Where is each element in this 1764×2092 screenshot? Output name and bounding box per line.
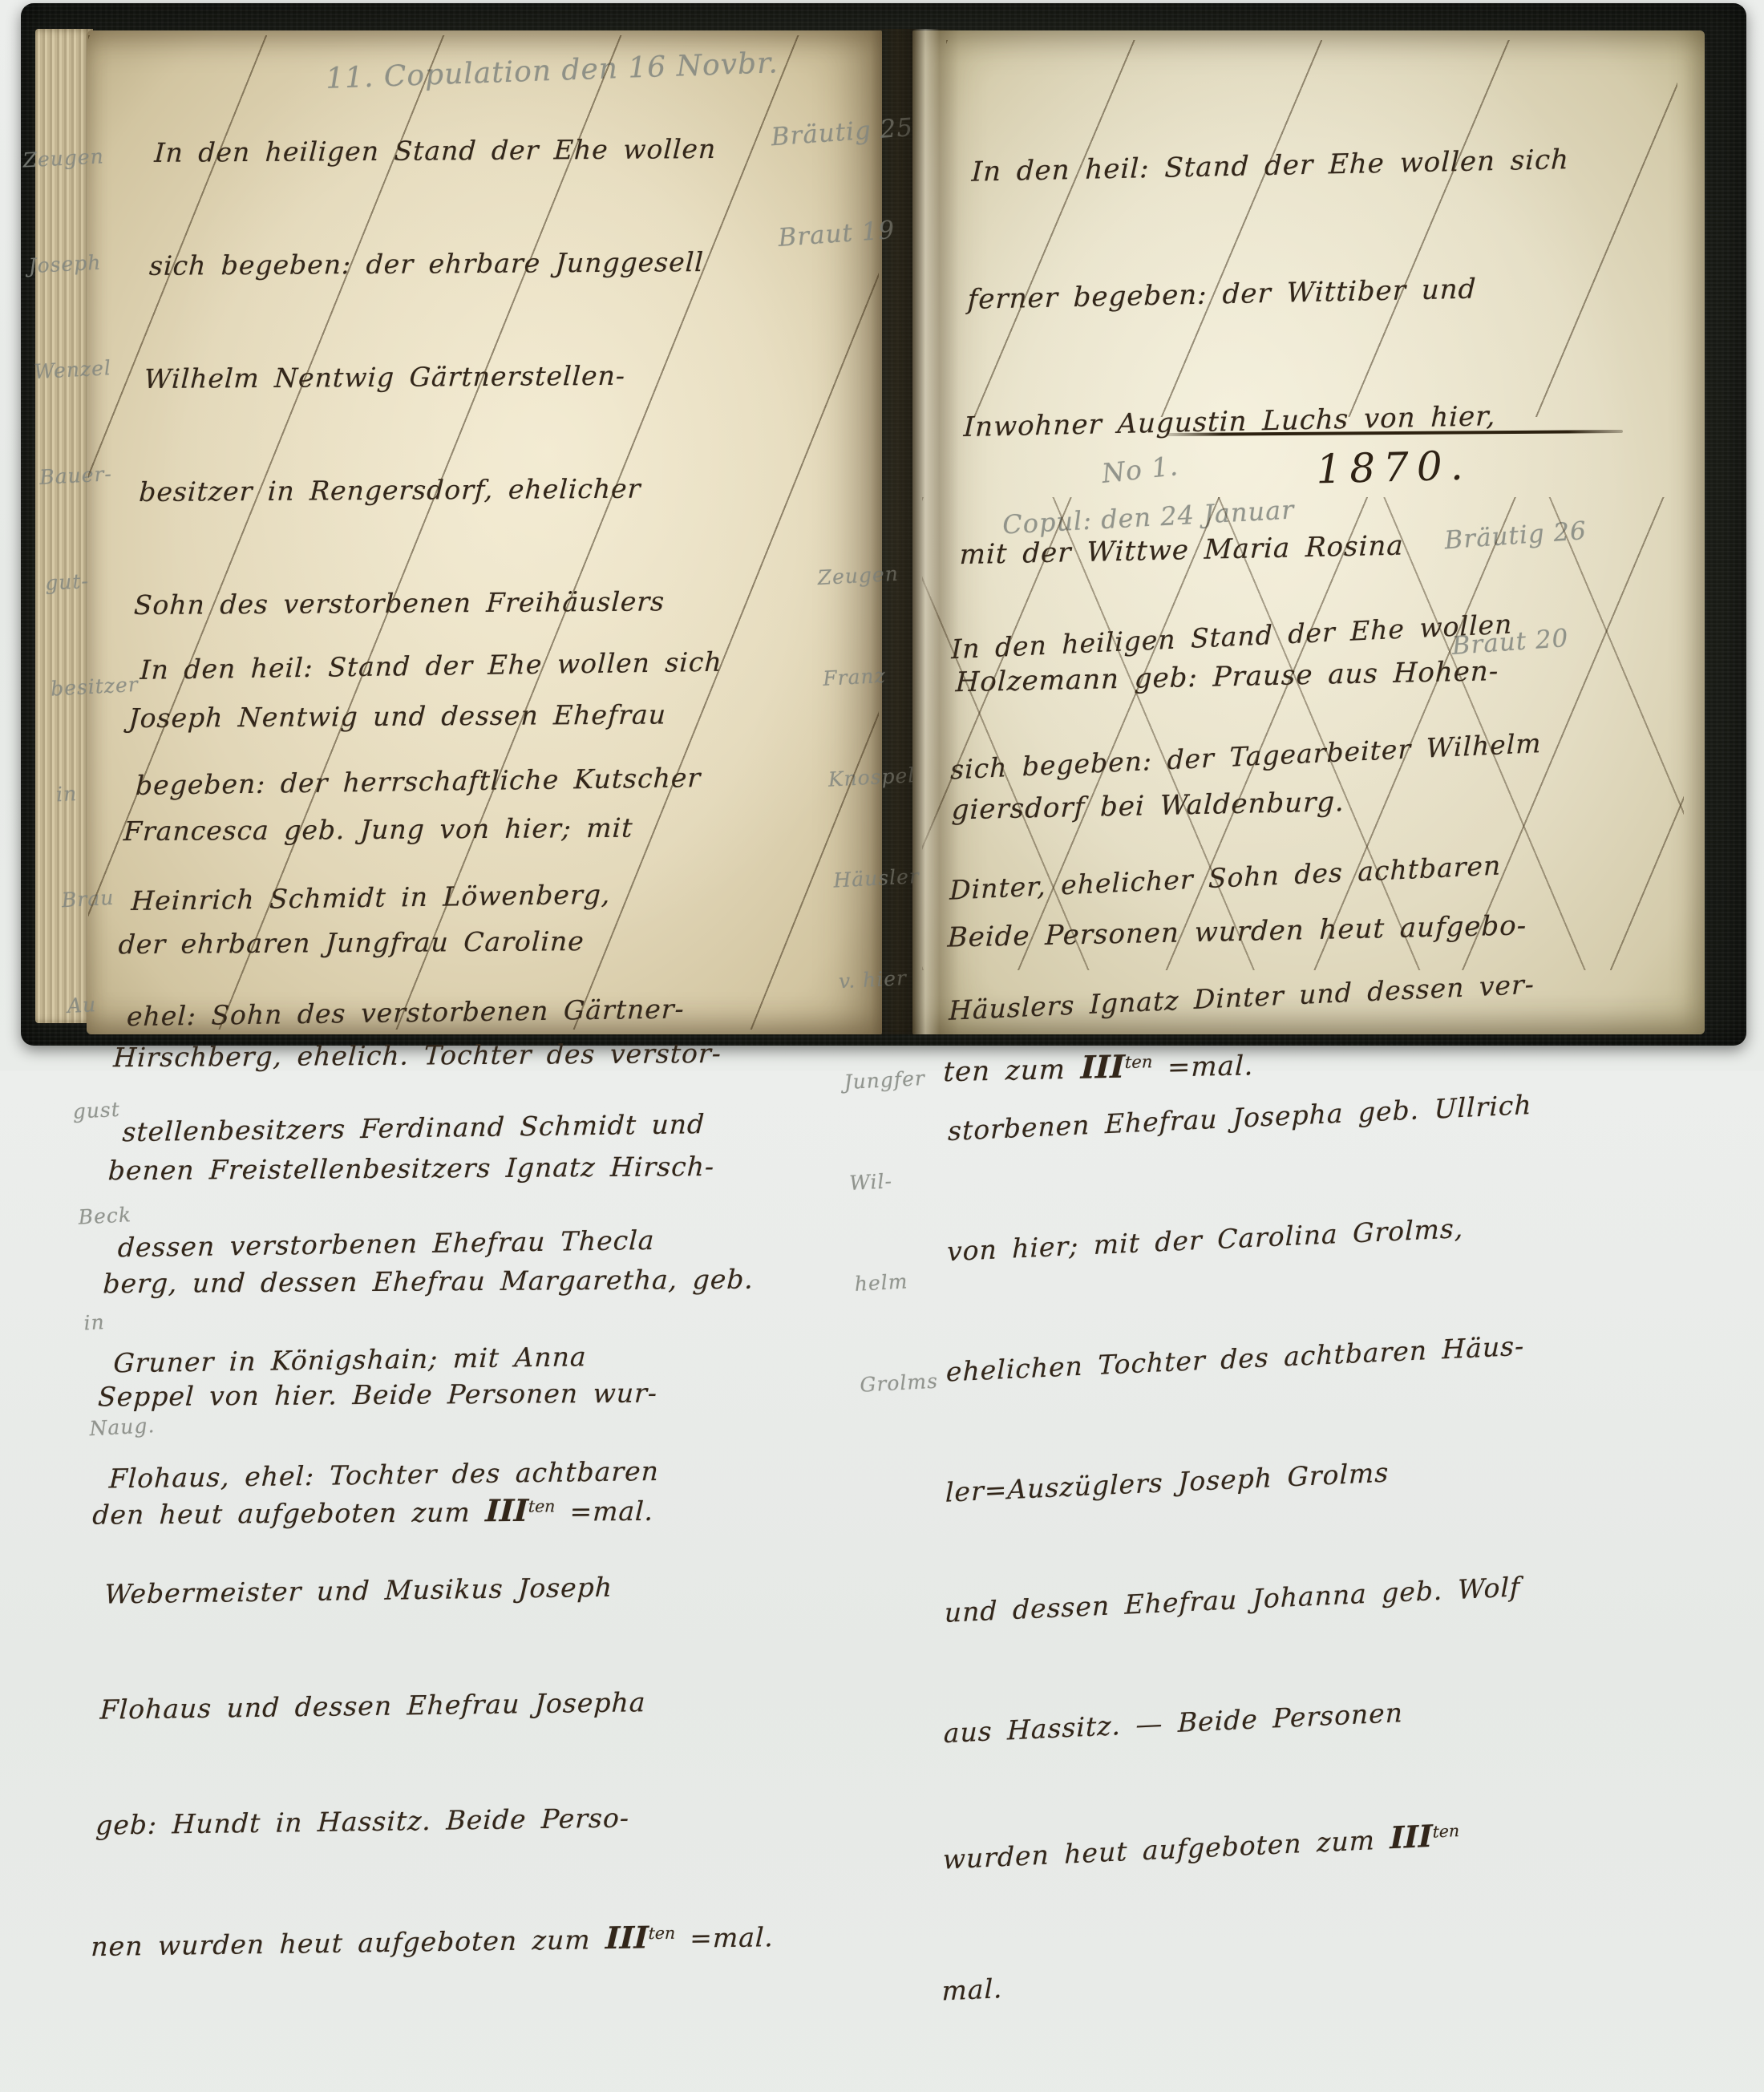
manuscript-line: sich begeben: der Tagearbeiter Wilhelm: [950, 718, 1671, 791]
manuscript-line: Wilhelm Nentwig Gärtnerstellen-: [144, 355, 867, 398]
pencil-margin-line: Zeugen: [817, 556, 923, 595]
manuscript-line: In den heil: Stand der Ehe wollen sich: [140, 641, 871, 690]
manuscript-line: Dinter, ehelicher Sohn des achtbaren: [949, 838, 1670, 911]
manuscript-line: Häuslers Ignatz Dinter und dessen ver-: [949, 958, 1669, 1031]
banns-entry-schmidt-flohaus: In den heil: Stand der Ehe wollen sich b…: [87, 564, 873, 1071]
manuscript-line: In den heiligen Stand der Ehe wollen: [951, 597, 1672, 670]
pencil-margin-line: Joseph: [27, 244, 133, 285]
register-book: 11. Copulation den 16 Novbr. Bräutig 25 …: [0, 0, 1764, 1071]
pencil-margin-line: Zeugen: [22, 138, 127, 179]
manuscript-line: begeben: der herrschaftliche Kutscher: [135, 756, 866, 805]
manuscript-line: ehel: Sohn des verstorbenen Gärtner-: [126, 987, 857, 1036]
pencil-margin-line: Brau: [61, 877, 167, 918]
right-page: In den heil: Stand der Ehe wollen sich f…: [912, 30, 1705, 1034]
manuscript-line: besitzer in Rengersdorf, ehelicher: [138, 468, 861, 511]
left-page: 11. Copulation den 16 Novbr. Bräutig 25 …: [87, 30, 882, 1034]
manuscript-line: In den heiligen Stand der Ehe wollen: [154, 129, 877, 172]
manuscript-line: sich begeben: der ehrbare Junggesell: [148, 242, 872, 285]
pencil-margin-line: Knospel: [827, 758, 933, 797]
manuscript-line: In den heil: Stand der Ehe wollen sich: [971, 136, 1677, 193]
manuscript-line: Heinrich Schmidt in Löwenberg,: [131, 872, 862, 921]
pencil-margin-line: besitzer: [50, 666, 156, 707]
pencil-margin-line: Häusler: [832, 859, 938, 898]
pencil-margin-line: Franz: [822, 657, 928, 696]
pencil-margin-line: in: [55, 772, 161, 813]
pencil-margin-line: v. hier: [838, 960, 944, 999]
manuscript-line: Inwohner Augustin Luchs von hier,: [963, 392, 1669, 449]
manuscript-line: ferner begeben: der Wittiber und: [967, 264, 1673, 321]
banns-entry-dinter-grolms: In den heiligen Stand der Ehe wollen sic…: [941, 516, 1673, 1071]
pencil-margin-line: Au: [67, 983, 172, 1024]
pencil-margin-line: Jungfer: [844, 1060, 949, 1071]
pencil-margin-line: Wenzel: [33, 349, 139, 390]
pencil-margin-line: gut-: [44, 560, 150, 601]
pencil-margin-line: Bauer-: [38, 455, 144, 496]
